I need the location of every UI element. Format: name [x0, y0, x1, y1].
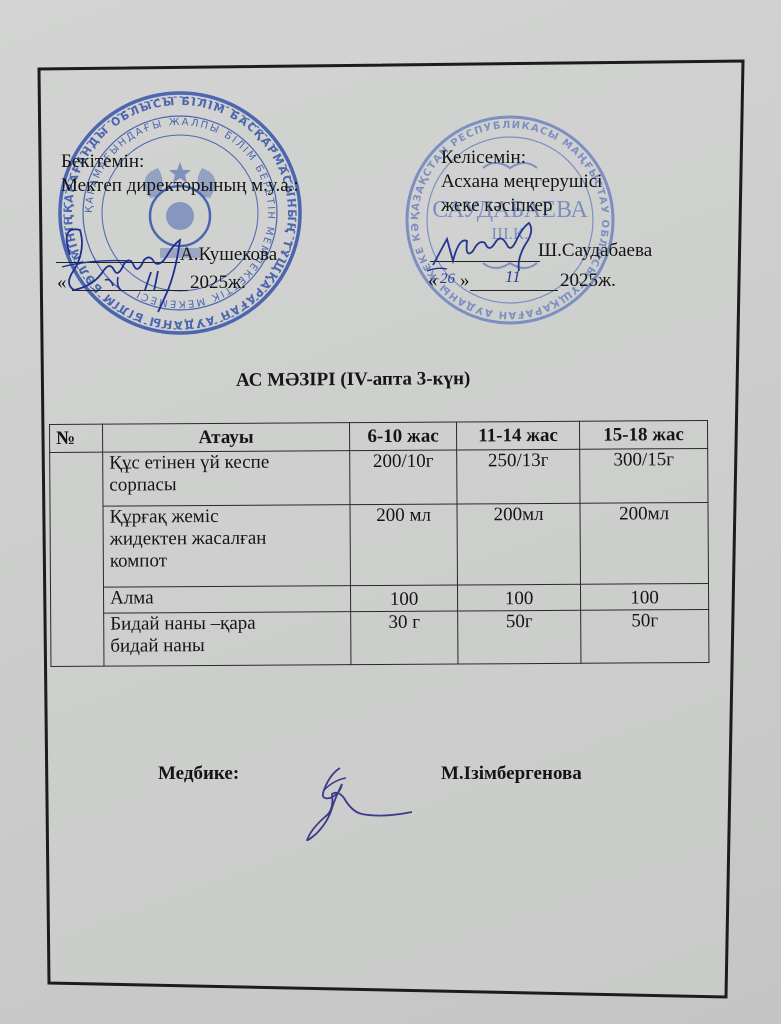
menu-title: АС МӘЗІРІ (IV-апта 3-күн) [236, 368, 470, 392]
header-age-15-18: 15-18 жас [579, 420, 707, 449]
menu-table: № Атауы 6-10 жас 11-14 жас 15-18 жас Құс… [49, 420, 709, 667]
table-row: Алма 100 100 100 [50, 583, 708, 613]
signature-line-left [56, 262, 180, 263]
portion-11-14: 50г [458, 610, 581, 664]
header-age-11-14: 11-14 жас [456, 421, 579, 450]
date-close-quote-right: » [460, 270, 470, 292]
portion-6-10: 200 мл [350, 504, 457, 586]
portion-11-14: 100 [457, 584, 580, 611]
dish-name-line: Алма [110, 586, 346, 609]
portion-6-10: 100 [350, 585, 457, 612]
header-name: Атауы [103, 423, 350, 453]
approval-date-day-right: 26 [440, 268, 455, 290]
dish-name-line: Құрғақ жеміс [110, 505, 346, 528]
header-number: № [50, 424, 103, 452]
approval-heading-right: Келісемін: [441, 147, 526, 169]
approval-date-month-right: 11 [505, 266, 521, 288]
dish-name: Алма [103, 586, 350, 614]
table-row: Бидай наны –қара бидай наны 30 г 50г 50г [51, 609, 709, 666]
portion-6-10: 200/10г [350, 450, 457, 505]
approval-date-year-left: 2025ж. [190, 272, 246, 294]
nurse-name: М.Ізімбергенова [441, 763, 582, 785]
portion-15-18: 50г [581, 609, 709, 663]
approval-heading-left: Бекітемін: [61, 151, 144, 173]
portion-6-10: 30 г [351, 611, 458, 665]
date-line-left [72, 290, 188, 291]
date-open-quote-right: « [428, 270, 438, 292]
header-age-6-10: 6-10 жас [349, 422, 456, 451]
portion-15-18: 200мл [580, 502, 708, 584]
svg-text:ҚАРАҒАНДЫ ОБЛЫСЫ БІЛІМ БАСҚАРМ: ҚАРАҒАНДЫ ОБЛЫСЫ БІЛІМ БАСҚАРМАСЫНЫҢ ТҰЩ… [62, 95, 298, 331]
signature-nurse [300, 762, 430, 842]
dish-name-line: компот [110, 549, 346, 572]
nurse-role-label: Медбике: [158, 763, 239, 785]
svg-text:ҚАРАМАҒЫНДАҒЫ ЖАЛПЫ БІЛІМ БЕРЕ: ҚАРАМАҒЫНДАҒЫ ЖАЛПЫ БІЛІМ БЕРЕТІН МЕМЛЕК… [84, 117, 276, 309]
portion-11-14: 250/13г [457, 449, 580, 504]
dish-name-line: Бидай наны –қара [110, 612, 346, 635]
dish-name-line: жидектен жасалған [110, 527, 346, 550]
dish-name: Құрғақ жеміс жидектен жасалған компот [103, 505, 350, 588]
signature-line-right [430, 261, 540, 262]
approval-date-year-right: 2025ж. [560, 270, 616, 292]
approval-signer-left: А.Кушекова [180, 244, 277, 266]
menu-document: ҚАРАҒАНДЫ ОБЛЫСЫ БІЛІМ БАСҚАРМАСЫНЫҢ ТҰЩ… [0, 0, 781, 1024]
approval-position-right-2: жеке кәсіпкер [441, 195, 553, 217]
dish-name: Бидай наны –қара бидай наны [104, 612, 351, 667]
dish-name-line: сорпасы [109, 473, 345, 496]
approval-position-right-1: Асхана меңгерушісі [441, 171, 602, 193]
dish-name-line: Құс етінен үй кеспе [109, 451, 345, 474]
portion-11-14: 200мл [457, 503, 580, 585]
canteen-stamp: ҚАЗАҚСТАН РЕСПУБЛИКАСЫ МАҢҒЫСТАУ ОБЛЫСЫ … [403, 113, 618, 328]
dish-name: Құс етінен үй кеспе сорпасы [103, 451, 350, 507]
approval-signer-right: Ш.Саудабаева [538, 240, 652, 262]
svg-text:Ш.К.: Ш.К. [492, 224, 529, 243]
portion-15-18: 100 [580, 583, 708, 610]
dish-name-line: бидай наны [110, 634, 346, 657]
table-row: Құс етінен үй кеспе сорпасы 200/10г 250/… [50, 448, 708, 506]
school-stamp: ҚАРАҒАНДЫ ОБЛЫСЫ БІЛІМ БАСҚАРМАСЫНЫҢ ТҰЩ… [55, 88, 305, 338]
row-number [50, 452, 104, 666]
portion-15-18: 300/15г [580, 448, 708, 503]
date-open-quote-left: « [57, 272, 67, 294]
date-line-right [470, 290, 558, 291]
approval-position-left: Мектеп директорының м.у.а.: [61, 175, 299, 197]
table-row: Құрғақ жеміс жидектен жасалған компот 20… [50, 502, 708, 587]
table-header-row: № Атауы 6-10 жас 11-14 жас 15-18 жас [50, 420, 708, 452]
